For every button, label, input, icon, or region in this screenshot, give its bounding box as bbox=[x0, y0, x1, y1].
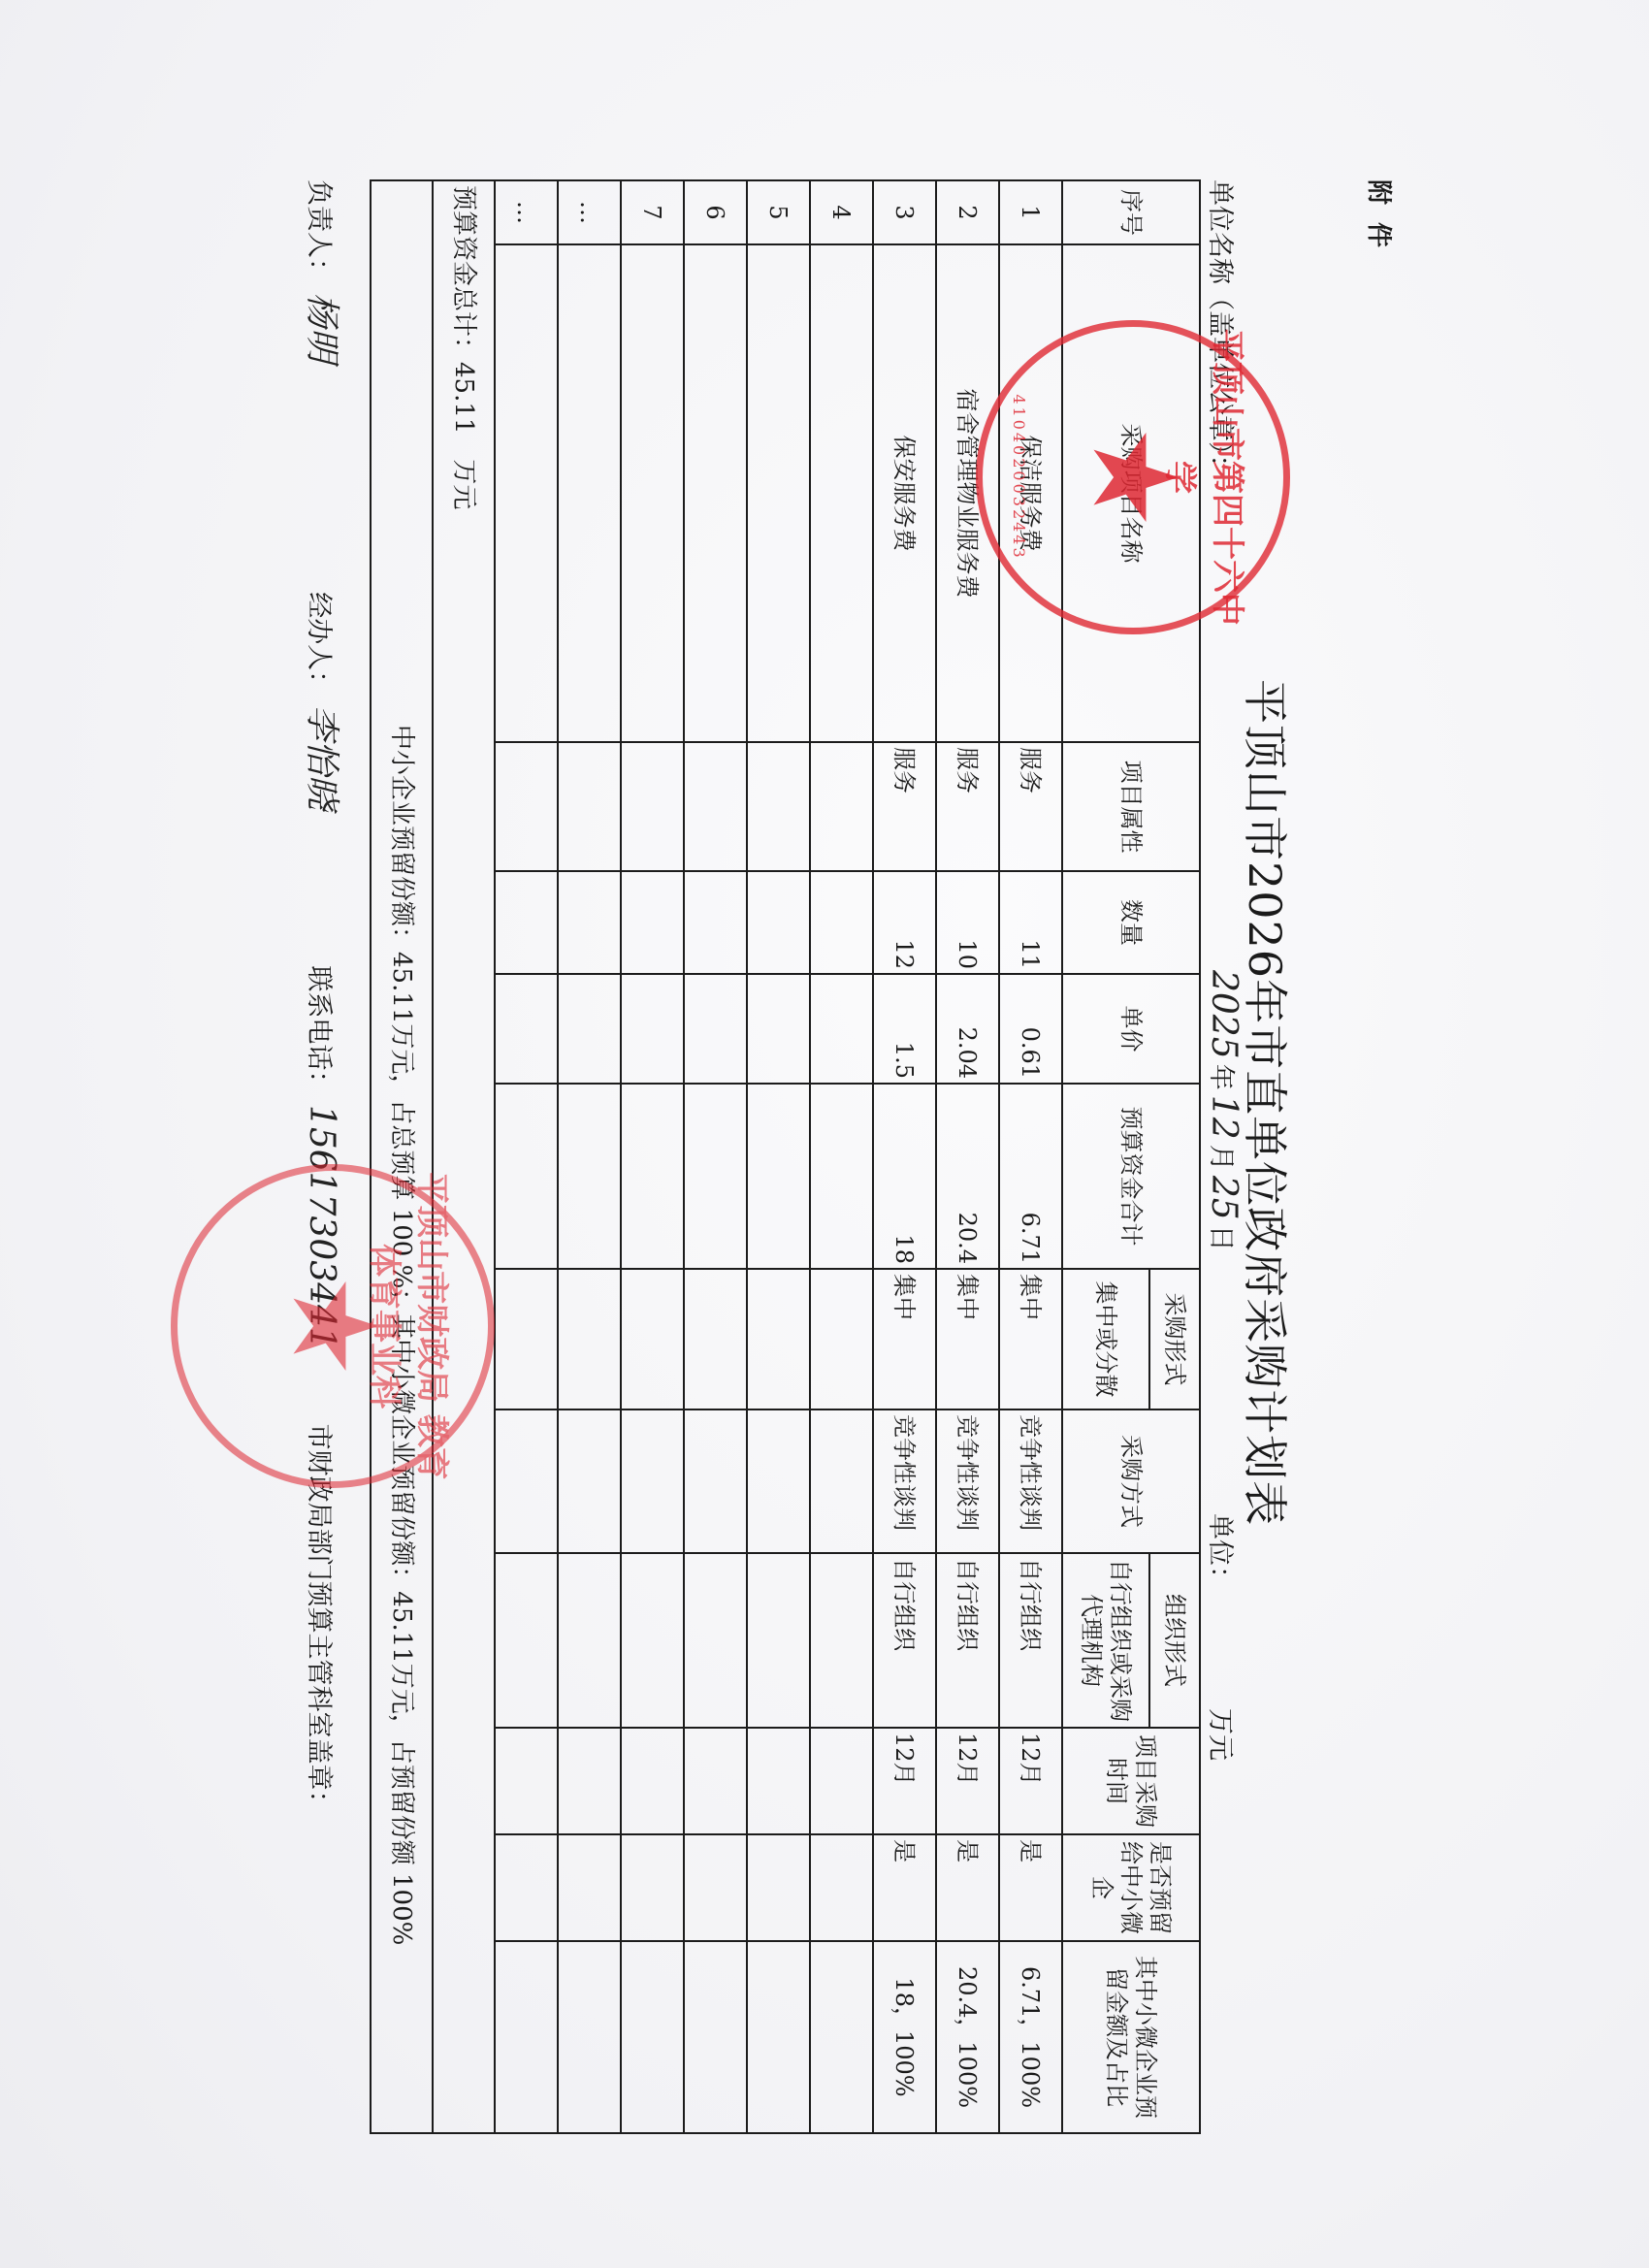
cell-reserve: 是 bbox=[873, 1834, 936, 1941]
cell-method bbox=[621, 1409, 684, 1553]
header-qty: 数量 bbox=[1062, 871, 1200, 974]
cell-form: 集中 bbox=[999, 1269, 1062, 1409]
cell-reserve-amount bbox=[621, 1941, 684, 2133]
table-row: 3保安服务费服务121.518集中竞争性谈判自行组织12月是18，100% bbox=[873, 180, 936, 2133]
header-seq: 序号 bbox=[1062, 180, 1200, 244]
sme-reserve-summary: 中小企业预留份额：45.11万元，占总预算 100 %；其中小微企业预留份额：4… bbox=[371, 180, 433, 2133]
date-year: 2025 bbox=[1204, 970, 1244, 1059]
cell-org bbox=[495, 1553, 558, 1728]
cell-form bbox=[558, 1269, 621, 1409]
header-price: 单价 bbox=[1062, 974, 1200, 1084]
cell-method bbox=[558, 1409, 621, 1553]
cell-form bbox=[684, 1269, 747, 1409]
responsible-signature: 杨明 bbox=[300, 293, 349, 584]
seal-star-icon: ★ bbox=[1075, 425, 1191, 530]
header-form-sub: 集中或分散 bbox=[1062, 1269, 1149, 1409]
cell-form: 集中 bbox=[936, 1269, 999, 1409]
cell-reserve bbox=[495, 1834, 558, 1941]
seal-star-icon: ★ bbox=[275, 1274, 391, 1378]
cell-budget bbox=[684, 1084, 747, 1269]
cell-time: 12月 bbox=[936, 1728, 999, 1834]
header-org-sub: 自行组织或采购代理机构 bbox=[1062, 1553, 1149, 1728]
cell-time bbox=[558, 1728, 621, 1834]
table-row: 6 bbox=[684, 180, 747, 2133]
cell-reserve: 是 bbox=[936, 1834, 999, 1941]
cell-org: 自行组织 bbox=[999, 1553, 1062, 1728]
budget-total: 预算资金总计：45.11 万元 bbox=[433, 180, 495, 2133]
cell-seq: 7 bbox=[621, 180, 684, 244]
cell-time bbox=[684, 1728, 747, 1834]
cell-name bbox=[810, 244, 873, 742]
cell-time bbox=[495, 1728, 558, 1834]
sme-row: 中小企业预留份额：45.11万元，占总预算 100 %；其中小微企业预留份额：4… bbox=[371, 180, 433, 2133]
cell-name bbox=[621, 244, 684, 742]
header-budget: 预算资金合计 bbox=[1062, 1084, 1200, 1269]
cell-budget: 20.4 bbox=[936, 1084, 999, 1269]
total-row: 预算资金总计：45.11 万元 bbox=[433, 180, 495, 2133]
cell-attr: 服务 bbox=[936, 742, 999, 871]
cell-budget bbox=[495, 1084, 558, 1269]
cell-org bbox=[747, 1553, 810, 1728]
cell-seq: 2 bbox=[936, 180, 999, 244]
cell-method: 竞争性谈判 bbox=[873, 1409, 936, 1553]
cell-name bbox=[684, 244, 747, 742]
cell-qty bbox=[684, 871, 747, 974]
header-attr: 项目属性 bbox=[1062, 742, 1200, 871]
cell-form: 集中 bbox=[873, 1269, 936, 1409]
cell-qty: 11 bbox=[999, 871, 1062, 974]
unit-official-seal: 平顶山市第四十六中学 ★ 4104020032443 bbox=[976, 320, 1290, 634]
cell-reserve-amount: 20.4，100% bbox=[936, 1941, 999, 2133]
table-row: 4 bbox=[810, 180, 873, 2133]
cell-budget bbox=[747, 1084, 810, 1269]
responsible-label: 负责人： bbox=[304, 179, 334, 284]
signature-line: 负责人： 杨明 经办人： 李怡晓 联系电话： 15617303441 市财政局部… bbox=[300, 179, 349, 1817]
cell-price bbox=[810, 974, 873, 1084]
cell-reserve bbox=[558, 1834, 621, 1941]
table-row: 5 bbox=[747, 180, 810, 2133]
cell-price: 0.61 bbox=[999, 974, 1062, 1084]
cell-attr bbox=[558, 742, 621, 871]
cell-reserve-amount bbox=[747, 1941, 810, 2133]
cell-price bbox=[495, 974, 558, 1084]
cell-budget bbox=[558, 1084, 621, 1269]
cell-price: 1.5 bbox=[873, 974, 936, 1084]
cell-budget bbox=[810, 1084, 873, 1269]
cell-qty: 10 bbox=[936, 871, 999, 974]
cell-price bbox=[621, 974, 684, 1084]
cell-reserve-amount bbox=[558, 1941, 621, 2133]
cell-org bbox=[810, 1553, 873, 1728]
cell-reserve bbox=[810, 1834, 873, 1941]
scanned-page: 附件 平顶山市2026年市直单位政府采购计划表 单位名称（盖单位公章）： 202… bbox=[0, 0, 1649, 2268]
cell-form bbox=[810, 1269, 873, 1409]
table-row: … bbox=[495, 180, 558, 2133]
cell-time bbox=[810, 1728, 873, 1834]
date-month: 12 bbox=[1204, 1095, 1244, 1140]
cell-attr bbox=[810, 742, 873, 871]
cell-price bbox=[684, 974, 747, 1084]
cell-qty bbox=[747, 871, 810, 974]
cell-reserve-amount bbox=[495, 1941, 558, 2133]
attachment-label: 附件 bbox=[1363, 179, 1399, 265]
cell-reserve: 是 bbox=[999, 1834, 1062, 1941]
cell-name bbox=[558, 244, 621, 742]
cell-price: 2.04 bbox=[936, 974, 999, 1084]
cell-qty bbox=[558, 871, 621, 974]
cell-budget bbox=[621, 1084, 684, 1269]
cell-budget: 18 bbox=[873, 1084, 936, 1269]
cell-reserve bbox=[684, 1834, 747, 1941]
cell-name bbox=[747, 244, 810, 742]
header-reserve: 是否预留给中小微企 bbox=[1062, 1834, 1200, 1941]
header-method: 采购方式 bbox=[1062, 1409, 1200, 1553]
cell-org bbox=[684, 1553, 747, 1728]
cell-attr bbox=[684, 742, 747, 871]
cell-qty bbox=[495, 871, 558, 974]
cell-reserve bbox=[747, 1834, 810, 1941]
header-reserve-amount: 其中小微企业预留金额及占比 bbox=[1062, 1941, 1200, 2133]
date-day: 25 bbox=[1204, 1176, 1244, 1220]
cell-price bbox=[747, 974, 810, 1084]
cell-method bbox=[810, 1409, 873, 1553]
cell-time bbox=[747, 1728, 810, 1834]
cell-time: 12月 bbox=[999, 1728, 1062, 1834]
cell-attr bbox=[621, 742, 684, 871]
cell-qty bbox=[810, 871, 873, 974]
header-org-group: 组织形式 bbox=[1149, 1553, 1200, 1728]
cell-form bbox=[495, 1269, 558, 1409]
cell-method bbox=[684, 1409, 747, 1553]
cell-qty bbox=[621, 871, 684, 974]
cell-budget: 6.71 bbox=[999, 1084, 1062, 1269]
cell-attr: 服务 bbox=[873, 742, 936, 871]
date-line: 2025 年 12 月 25 日 bbox=[1204, 970, 1244, 1251]
cell-attr: 服务 bbox=[999, 742, 1062, 871]
cell-seq: 3 bbox=[873, 180, 936, 244]
cell-reserve-amount bbox=[684, 1941, 747, 2133]
cell-org: 自行组织 bbox=[936, 1553, 999, 1728]
cell-org bbox=[558, 1553, 621, 1728]
cell-method bbox=[747, 1409, 810, 1553]
cell-seq: 5 bbox=[747, 180, 810, 244]
cell-method: 竞争性谈判 bbox=[936, 1409, 999, 1553]
phone-label: 联系电话： bbox=[304, 965, 334, 1096]
cell-price bbox=[558, 974, 621, 1084]
table-row: … bbox=[558, 180, 621, 2133]
handler-label: 经办人： bbox=[304, 592, 334, 697]
cell-form bbox=[747, 1269, 810, 1409]
cell-method bbox=[495, 1409, 558, 1553]
cell-seq: 4 bbox=[810, 180, 873, 244]
cell-reserve bbox=[621, 1834, 684, 1941]
cell-name: 保安服务费 bbox=[873, 244, 936, 742]
header-form-group: 采购形式 bbox=[1149, 1269, 1200, 1409]
table-row: 7 bbox=[621, 180, 684, 2133]
cell-attr bbox=[747, 742, 810, 871]
cell-attr bbox=[495, 742, 558, 871]
cell-qty: 12 bbox=[873, 871, 936, 974]
cell-time: 12月 bbox=[873, 1728, 936, 1834]
cell-name bbox=[495, 244, 558, 742]
cell-time bbox=[621, 1728, 684, 1834]
finance-bureau-seal: 平顶山市财政局 教育体育事业科 ★ bbox=[171, 1164, 495, 1488]
handler-signature: 李怡晓 bbox=[300, 705, 349, 957]
cell-org bbox=[621, 1553, 684, 1728]
cell-seq: 1 bbox=[999, 180, 1062, 244]
cell-seq: … bbox=[558, 180, 621, 244]
page-title: 平顶山市2026年市直单位政府采购计划表 bbox=[1236, 679, 1300, 1526]
header-time: 项目采购时间 bbox=[1062, 1728, 1200, 1834]
cell-seq: … bbox=[495, 180, 558, 244]
cell-reserve-amount bbox=[810, 1941, 873, 2133]
cell-org: 自行组织 bbox=[873, 1553, 936, 1728]
cell-reserve-amount: 18，100% bbox=[873, 1941, 936, 2133]
cell-seq: 6 bbox=[684, 180, 747, 244]
landscape-form: 附件 平顶山市2026年市直单位政府采购计划表 单位名称（盖单位公章）： 202… bbox=[0, 0, 1649, 2268]
currency-unit: 单位：万元 bbox=[1204, 1513, 1242, 1761]
cell-reserve-amount: 6.71，100% bbox=[999, 1941, 1062, 2133]
cell-form bbox=[621, 1269, 684, 1409]
cell-method: 竞争性谈判 bbox=[999, 1409, 1062, 1553]
